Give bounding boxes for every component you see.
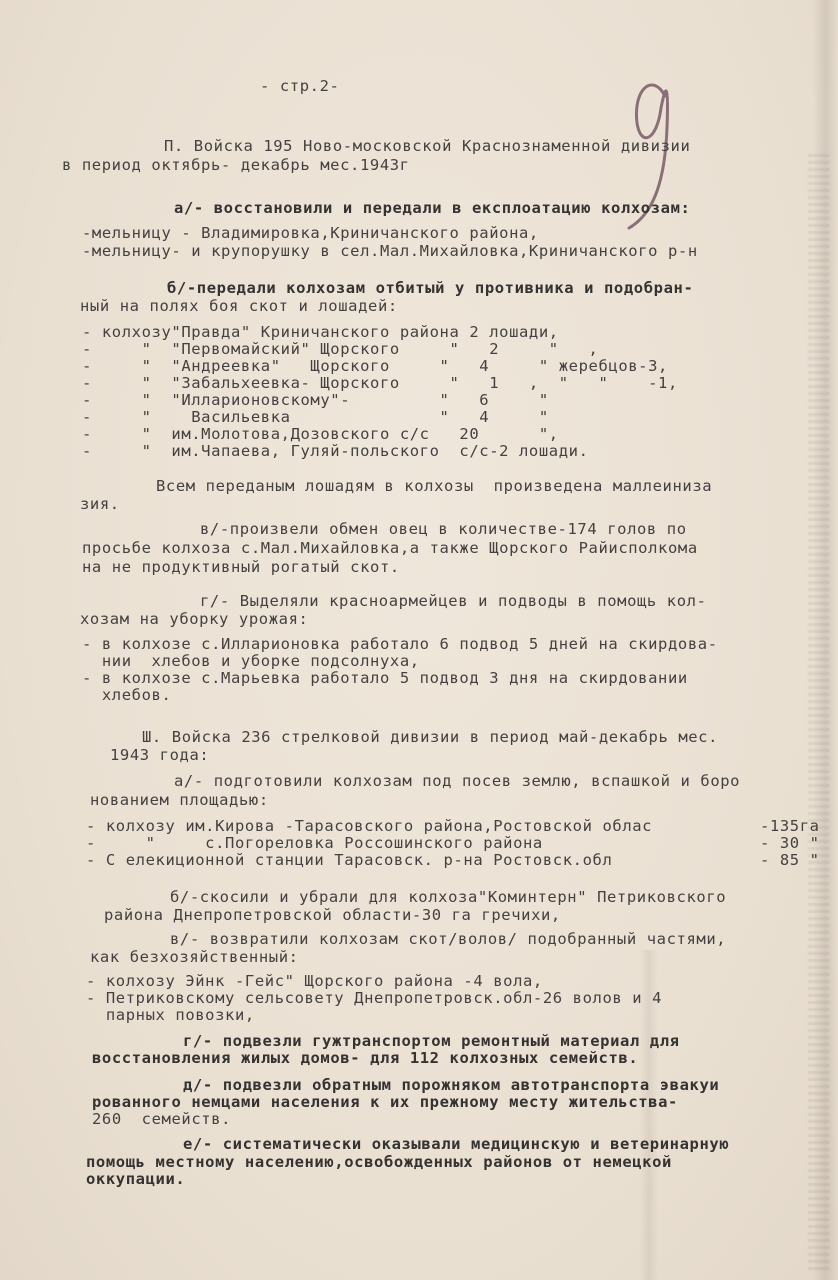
iii-item-e-line: е/- систематически оказывали медицинскую… — [183, 1135, 729, 1153]
plowing-row: - " с.Погореловка Россошинского района — [86, 834, 543, 852]
horse-table-row: - " "Илларионовскому"- " 6 " — [82, 391, 549, 409]
plowing-row: - С елекиционной станции Тарасовск. р-на… — [86, 851, 612, 869]
malleinization-note: Всем переданым лошадям в колхозы произве… — [156, 477, 712, 495]
iii-item-a-heading-cont: нованием площадью: — [90, 791, 269, 809]
iii-item-v-heading: в/- возвратили колхозам скот/волов/ подо… — [170, 930, 726, 948]
plowing-row-value: - 85 " — [760, 851, 820, 869]
horse-table-row: - колхозу"Правда" Криничанского района 2… — [82, 323, 559, 341]
item-a-heading: а/- восстановили и передали в експлоатац… — [174, 199, 690, 217]
iii-item-b-line: б/-скосили и убрали для колхоза"Коминтер… — [170, 888, 726, 906]
iii-item-d-line: рованного немцами населения к их прежном… — [92, 1093, 678, 1111]
iii-item-v-line: - колхозу Эйнк -Гейс" Щорского района -4… — [86, 972, 543, 990]
document-page: - стр.2- П. Войска 195 Ново-московской К… — [0, 0, 838, 1280]
section-ii-heading: П. Войска 195 Ново-московской Краснознам… — [164, 137, 690, 155]
iii-item-d-line: д/- подвезли обратным порожняком автотра… — [183, 1076, 719, 1094]
item-g-line: хлебов. — [82, 686, 171, 704]
iii-item-e-line: оккупации. — [86, 1170, 185, 1188]
iii-item-g-line: г/- подвезли гужтранспортом ремонтный ма… — [183, 1032, 680, 1050]
iii-item-v-line: парных повозки, — [86, 1006, 255, 1024]
item-g-heading: г/- Выделяли красноармейцев и подводы в … — [200, 592, 707, 610]
horse-table-row: - " "Андреевка" Щорского " 4 " жеребцов-… — [82, 357, 668, 375]
section-iii-heading: Ш. Войска 236 стрелковой дивизии в перио… — [142, 728, 718, 746]
horse-table-row: - " "Забальхеевка- Щорского " 1 , " " -1… — [82, 374, 678, 392]
page-header: - стр.2- — [260, 77, 339, 95]
item-a-line: -мельницу- и крупорушку в сел.Мал.Михайл… — [82, 242, 698, 260]
iii-item-g-line: восстановления жилых домов- для 112 колх… — [92, 1049, 638, 1067]
plowing-row-value: - 30 " — [760, 834, 820, 852]
iii-item-e-line: помощь местному населению,освобожденных … — [86, 1153, 672, 1171]
iii-item-b-line: района Днепропетровской области-30 га гр… — [104, 906, 561, 924]
horse-table-row: - " Васильевка " 4 " — [82, 408, 549, 426]
iii-item-v-heading-cont: как безхозяйственный: — [90, 948, 299, 966]
item-g-line: - в колхозе с.Илларионовка работало 6 по… — [82, 635, 718, 653]
item-g-line: нии хлебов и уборке подсолнуха, — [82, 652, 420, 670]
plowing-row: - колхозу им.Кирова -Тарасовского района… — [86, 817, 652, 835]
item-b-heading: б/-передали колхозам отбитый у противник… — [167, 279, 693, 297]
malleinization-note-cont: зия. — [80, 495, 120, 513]
item-b-heading-cont: ный на полях боя скот и лошадей: — [80, 297, 398, 315]
item-v-heading: в/-произвели обмен овец в количестве-174… — [200, 520, 687, 538]
iii-item-v-line: - Петриковскому сельсовету Днепропетровс… — [86, 989, 662, 1007]
paper-edge-stain — [808, 150, 830, 1270]
section-iii-heading-cont: 1943 года: — [110, 746, 209, 764]
horse-table-row: - " им.Чапаева, Гуляй-польского с/с-2 ло… — [82, 442, 589, 460]
iii-item-d-line: 260 семейств. — [92, 1110, 231, 1128]
item-g-heading-cont: хозам на уборку урожая: — [80, 610, 308, 628]
iii-item-a-heading: а/- подготовили колхозам под посев землю… — [174, 772, 740, 790]
item-g-line: - в колхозе с.Марьевка работало 5 подвод… — [82, 669, 688, 687]
plowing-row-value: -135га — [760, 817, 820, 835]
horse-table-row: - " "Первомайский" Щорского " 2 " , — [82, 340, 598, 358]
section-ii-heading-cont: в период октябрь- декабрь мес.1943г — [62, 156, 410, 174]
item-v-line: на не продуктивный рогатый скот. — [82, 558, 400, 576]
item-a-line: -мельницу - Владимировка,Криничанского р… — [82, 224, 539, 242]
item-v-line: просьбе колхоза с.Мал.Михайловка,а также… — [82, 539, 698, 557]
horse-table-row: - " им.Молотова,Дозовского с/с 20 ", — [82, 425, 559, 443]
